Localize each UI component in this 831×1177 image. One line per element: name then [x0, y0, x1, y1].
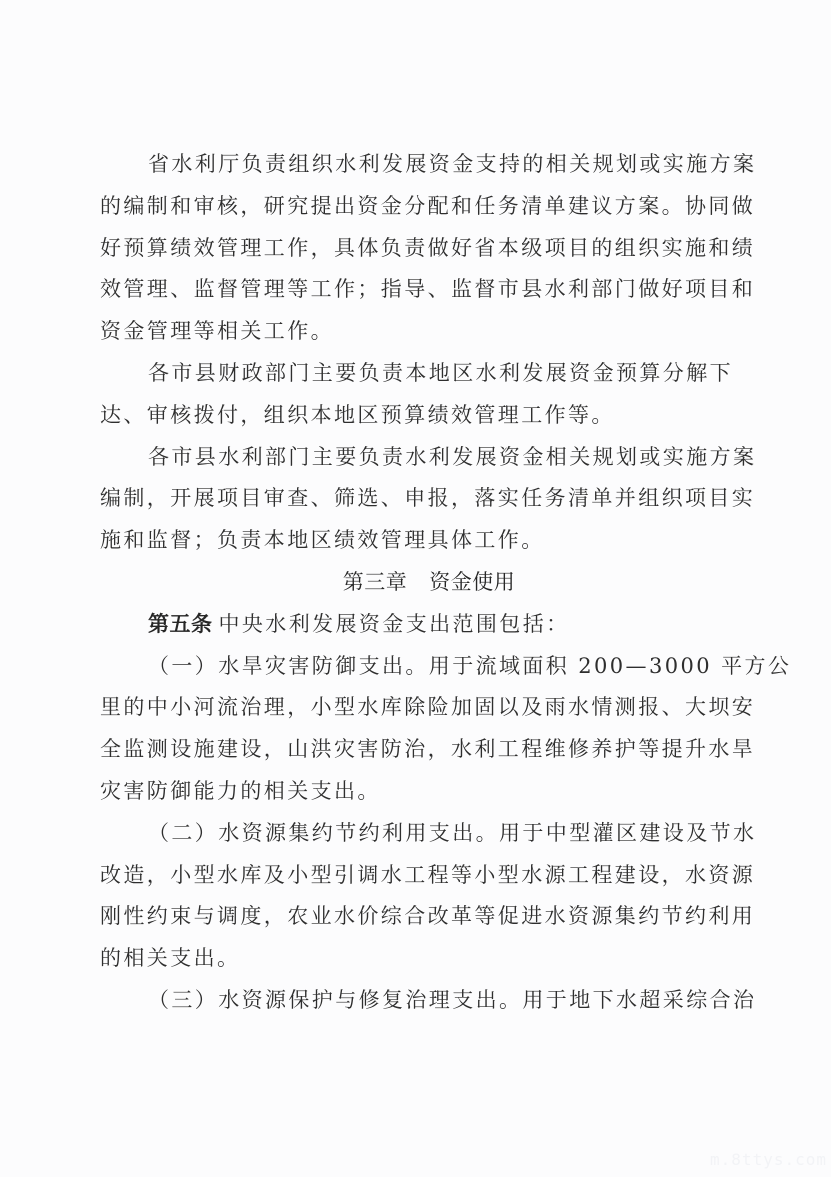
text-line: 刚性约束与调度，农业水价综合改革等促进水资源集约节约利用: [100, 896, 740, 938]
chapter-number: 第三章: [343, 570, 408, 594]
watermark: m.8ttys.com: [710, 1150, 827, 1169]
list-item-1: （一）水旱灾害防御支出。用于流域面积 200—3000 平方公 里的中小河流治理…: [100, 646, 740, 813]
text-line: 省水利厅负责组织水利发展资金支持的相关规划或实施方案: [100, 144, 740, 186]
document-body: 省水利厅负责组织水利发展资金支持的相关规划或实施方案 的编制和审核，研究提出资金…: [100, 144, 740, 1022]
article-5: 第五条中央水利发展资金支出范围包括：: [100, 604, 740, 646]
text-line: 效管理、监督管理等工作；指导、监督市县水利部门做好项目和: [100, 269, 740, 311]
text-line: 改造，小型水库及小型引调水工程等小型水源工程建设，水资源: [100, 855, 740, 897]
paragraph-city-county-finance-dept: 各市县财政部门主要负责本地区水利发展资金预算分解下 达、审核拨付，组织本地区预算…: [100, 353, 740, 437]
text-line: 的编制和审核，研究提出资金分配和任务清单建议方案。协同做: [100, 186, 740, 228]
document-page: 省水利厅负责组织水利发展资金支持的相关规划或实施方案 的编制和审核，研究提出资金…: [0, 0, 831, 1177]
list-item-2: （二）水资源集约节约利用支出。用于中型灌区建设及节水 改造，小型水库及小型引调水…: [100, 813, 740, 980]
article-label: 第五条: [148, 612, 213, 636]
article-text: 中央水利发展资金支出范围包括：: [219, 612, 570, 636]
text-line: 好预算绩效管理工作，具体负责做好省本级项目的组织实施和绩: [100, 228, 740, 270]
text-line: 灾害防御能力的相关支出。: [100, 771, 740, 813]
chapter-title: 资金使用: [429, 570, 515, 594]
paragraph-province-water-dept: 省水利厅负责组织水利发展资金支持的相关规划或实施方案 的编制和审核，研究提出资金…: [100, 144, 740, 353]
text-line: 达、审核拨付，组织本地区预算绩效管理工作等。: [100, 395, 740, 437]
text-line: 各市县水利部门主要负责水利发展资金相关规划或实施方案: [100, 437, 740, 479]
text-line: （二）水资源集约节约利用支出。用于中型灌区建设及节水: [100, 813, 740, 855]
text-line: 全监测设施建设，山洪灾害防治，水利工程维修养护等提升水旱: [100, 729, 740, 771]
text-line: （三）水资源保护与修复治理支出。用于地下水超采综合治: [100, 980, 740, 1022]
text-line: 里的中小河流治理，小型水库除险加固以及雨水情测报、大坝安: [100, 687, 740, 729]
text-line: 资金管理等相关工作。: [100, 311, 740, 353]
list-item-3: （三）水资源保护与修复治理支出。用于地下水超采综合治: [100, 980, 740, 1022]
text-line: （一）水旱灾害防御支出。用于流域面积 200—3000 平方公: [100, 646, 740, 688]
paragraph-city-county-water-dept: 各市县水利部门主要负责水利发展资金相关规划或实施方案 编制，开展项目审查、筛选、…: [100, 437, 740, 562]
text-line: 的相关支出。: [100, 938, 740, 980]
chapter-heading: 第三章资金使用: [100, 562, 740, 604]
text-line: 编制，开展项目审查、筛选、申报，落实任务清单并组织项目实: [100, 478, 740, 520]
text-line: 施和监督；负责本地区绩效管理具体工作。: [100, 520, 740, 562]
text-line: 各市县财政部门主要负责本地区水利发展资金预算分解下: [100, 353, 740, 395]
